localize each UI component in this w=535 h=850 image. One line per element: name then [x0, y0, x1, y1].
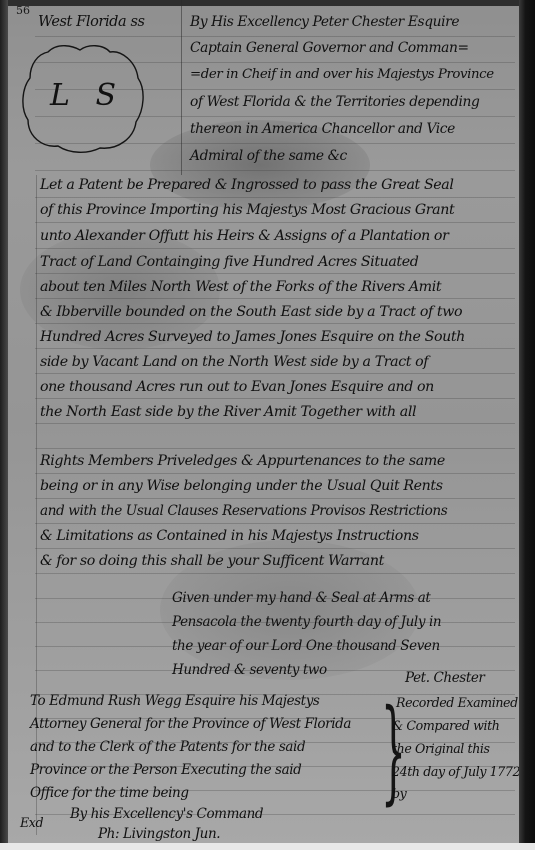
header-line: of West Florida & the Territories depend… — [190, 94, 479, 110]
address-line: Attorney General for the Province of Wes… — [30, 716, 351, 732]
recorded-note-line: 24th day of July 1772 — [392, 764, 520, 779]
body-line: being or in any Wise belonging under the… — [40, 478, 443, 494]
recorded-note-line: by — [392, 786, 406, 801]
recorded-note-line: & Compared with — [392, 718, 499, 733]
secretary-signature: Ph: Livingston Jun. — [98, 826, 220, 842]
body-line: Rights Members Priveledges & Appurtenanc… — [40, 453, 445, 469]
body-line: unto Alexander Offutt his Heirs & Assign… — [40, 228, 448, 244]
body-line: Hundred Acres Surveyed to James Jones Es… — [40, 329, 465, 345]
recorded-note-line: the Original this — [392, 741, 490, 756]
governor-signature: Pet. Chester — [405, 670, 484, 686]
recorded-note-line: Recorded Examined — [396, 695, 518, 710]
address-line: and to the Clerk of the Patents for the … — [30, 739, 305, 755]
body-line: and with the Usual Clauses Reservations … — [40, 503, 447, 519]
seal-label: L S — [50, 78, 124, 113]
header-line: =der in Cheif in and over his Majestys P… — [190, 67, 494, 82]
given-line: Hundred & seventy two — [172, 662, 327, 678]
left-margin-rule — [36, 175, 37, 835]
page-top-edge — [0, 0, 535, 6]
given-line: Given under my hand & Seal at Arms at — [172, 590, 430, 606]
book-binding — [519, 0, 535, 850]
given-line: the year of our Lord One thousand Seven — [172, 638, 440, 654]
address-line: Province or the Person Executing the sai… — [30, 762, 301, 778]
given-line: Pensacola the twenty fourth day of July … — [172, 614, 441, 630]
examined-mark: Exd — [20, 815, 43, 830]
body-line: & for so doing this shall be your Suffic… — [40, 553, 384, 569]
body-line: Tract of Land Containging five Hundred A… — [40, 254, 418, 270]
header-line: Captain General Governor and Comman= — [190, 40, 469, 56]
header-line: Admiral of the same &c — [190, 148, 347, 164]
address-line: To Edmund Rush Wegg Esquire his Majestys — [30, 693, 319, 709]
document-page: 56 West Florida ss L S By His Excellency… — [0, 0, 535, 850]
by-command-line: By his Excellency's Command — [70, 806, 263, 822]
body-line: side by Vacant Land on the North West si… — [40, 354, 428, 370]
margin-rule — [181, 0, 182, 175]
header-line: By His Excellency Peter Chester Esquire — [190, 14, 459, 30]
page-number: 56 — [16, 4, 30, 17]
page-left-edge — [0, 0, 8, 850]
page-bottom-edge — [0, 843, 535, 850]
body-line: of this Province Importing his Majestys … — [40, 202, 454, 218]
body-line: Let a Patent be Prepared & Ingrossed to … — [40, 177, 453, 193]
header-line: thereon in America Chancellor and Vice — [190, 121, 455, 137]
body-line: one thousand Acres run out to Evan Jones… — [40, 379, 434, 395]
body-line: & Ibberville bounded on the South East s… — [40, 304, 462, 320]
address-line: Office for the time being — [30, 785, 189, 801]
body-line: the North East side by the River Amit To… — [40, 404, 416, 420]
body-line: about ten Miles North West of the Forks … — [40, 279, 441, 295]
body-line: & Limitations as Contained in his Majest… — [40, 528, 419, 544]
margin-heading: West Florida ss — [38, 14, 145, 30]
